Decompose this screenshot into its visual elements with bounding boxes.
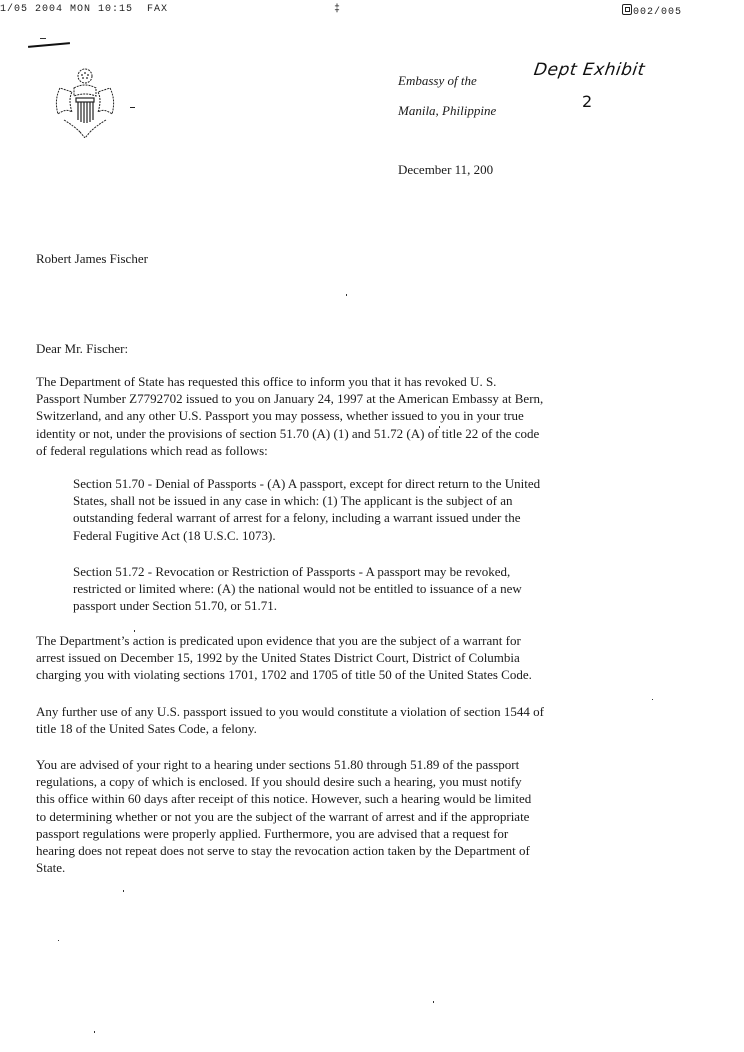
fax-center-mark: ‡ bbox=[334, 4, 341, 15]
scan-speck bbox=[346, 294, 347, 296]
handwritten-exhibit-label: Dept Exhibit bbox=[533, 60, 647, 80]
scan-speck bbox=[439, 426, 440, 428]
embassy-letterhead: Embassy of the Manila, Philippine bbox=[398, 66, 496, 126]
text-line: You are advised of your right to a heari… bbox=[36, 756, 736, 773]
letter-date: December 11, 200 bbox=[398, 162, 493, 178]
scan-speck bbox=[134, 630, 135, 632]
text-line: Section 51.72 - Revocation or Restrictio… bbox=[73, 563, 733, 580]
text-line: States, shall not be issued in any case … bbox=[73, 492, 733, 509]
recipient-name: Robert James Fischer bbox=[36, 251, 148, 267]
text-line: charging you with violating sections 170… bbox=[36, 666, 736, 683]
scan-artifact-stroke bbox=[28, 42, 70, 48]
fax-page-icon bbox=[622, 4, 632, 15]
text-line: The Department of State has requested th… bbox=[36, 373, 736, 390]
paragraph-action-basis: The Department’s action is predicated up… bbox=[36, 632, 736, 684]
text-line: Section 51.70 - Denial of Passports - (A… bbox=[73, 475, 733, 492]
paragraph-intro: The Department of State has requested th… bbox=[36, 373, 736, 459]
fax-header: 1/05 2004 MON 10:15 FAX ‡ 002/005 bbox=[0, 4, 744, 20]
text-line: Switzerland, and any other U.S. Passport… bbox=[36, 407, 736, 424]
scan-speck bbox=[433, 1001, 434, 1003]
scan-artifact-dash bbox=[130, 107, 135, 108]
quoted-section-51-70: Section 51.70 - Denial of Passports - (A… bbox=[73, 475, 733, 544]
text-line: outstanding federal warrant of arrest fo… bbox=[73, 509, 733, 526]
text-line: passport under Section 51.70, or 51.71. bbox=[73, 597, 733, 614]
great-seal-icon bbox=[50, 66, 120, 138]
scan-speck bbox=[123, 890, 124, 892]
embassy-location: Manila, Philippine bbox=[398, 96, 496, 126]
paragraph-hearing-rights: You are advised of your right to a heari… bbox=[36, 756, 736, 876]
text-line: title 18 of the United Sates Code, a fel… bbox=[36, 720, 736, 737]
scan-speck bbox=[94, 1031, 95, 1033]
text-line: Any further use of any U.S. passport iss… bbox=[36, 703, 736, 720]
text-line: restricted or limited where: (A) the nat… bbox=[73, 580, 733, 597]
salutation: Dear Mr. Fischer: bbox=[36, 341, 128, 357]
scan-speck bbox=[58, 940, 59, 941]
quoted-section-51-72: Section 51.72 - Revocation or Restrictio… bbox=[73, 563, 733, 615]
text-line: Federal Fugitive Act (18 U.S.C. 1073). bbox=[73, 527, 733, 544]
scan-speck bbox=[652, 699, 653, 700]
text-line: passport regulations were properly appli… bbox=[36, 825, 736, 842]
text-line: of federal regulations which read as fol… bbox=[36, 442, 736, 459]
fax-timestamp: 1/05 2004 MON 10:15 FAX bbox=[0, 4, 168, 15]
text-line: to determining whether or not you are th… bbox=[36, 808, 736, 825]
paragraph-further-use: Any further use of any U.S. passport iss… bbox=[36, 703, 736, 737]
text-line: hearing does not repeat does not serve t… bbox=[36, 842, 736, 859]
text-line: identity or not, under the provisions of… bbox=[36, 425, 736, 442]
embassy-name: Embassy of the bbox=[398, 66, 496, 96]
text-line: State. bbox=[36, 859, 736, 876]
text-line: this office within 60 days after receipt… bbox=[36, 790, 736, 807]
handwritten-exhibit-number: 2 bbox=[582, 92, 592, 111]
fax-page-indicator: 002/005 bbox=[622, 4, 682, 18]
text-line: arrest issued on December 15, 1992 by th… bbox=[36, 649, 736, 666]
text-line: regulations, a copy of which is enclosed… bbox=[36, 773, 736, 790]
text-line: Passport Number Z7792702 issued to you o… bbox=[36, 390, 736, 407]
fax-page-counter: 002/005 bbox=[633, 7, 682, 18]
text-line: The Department’s action is predicated up… bbox=[36, 632, 736, 649]
scan-artifact-dash bbox=[40, 38, 46, 39]
